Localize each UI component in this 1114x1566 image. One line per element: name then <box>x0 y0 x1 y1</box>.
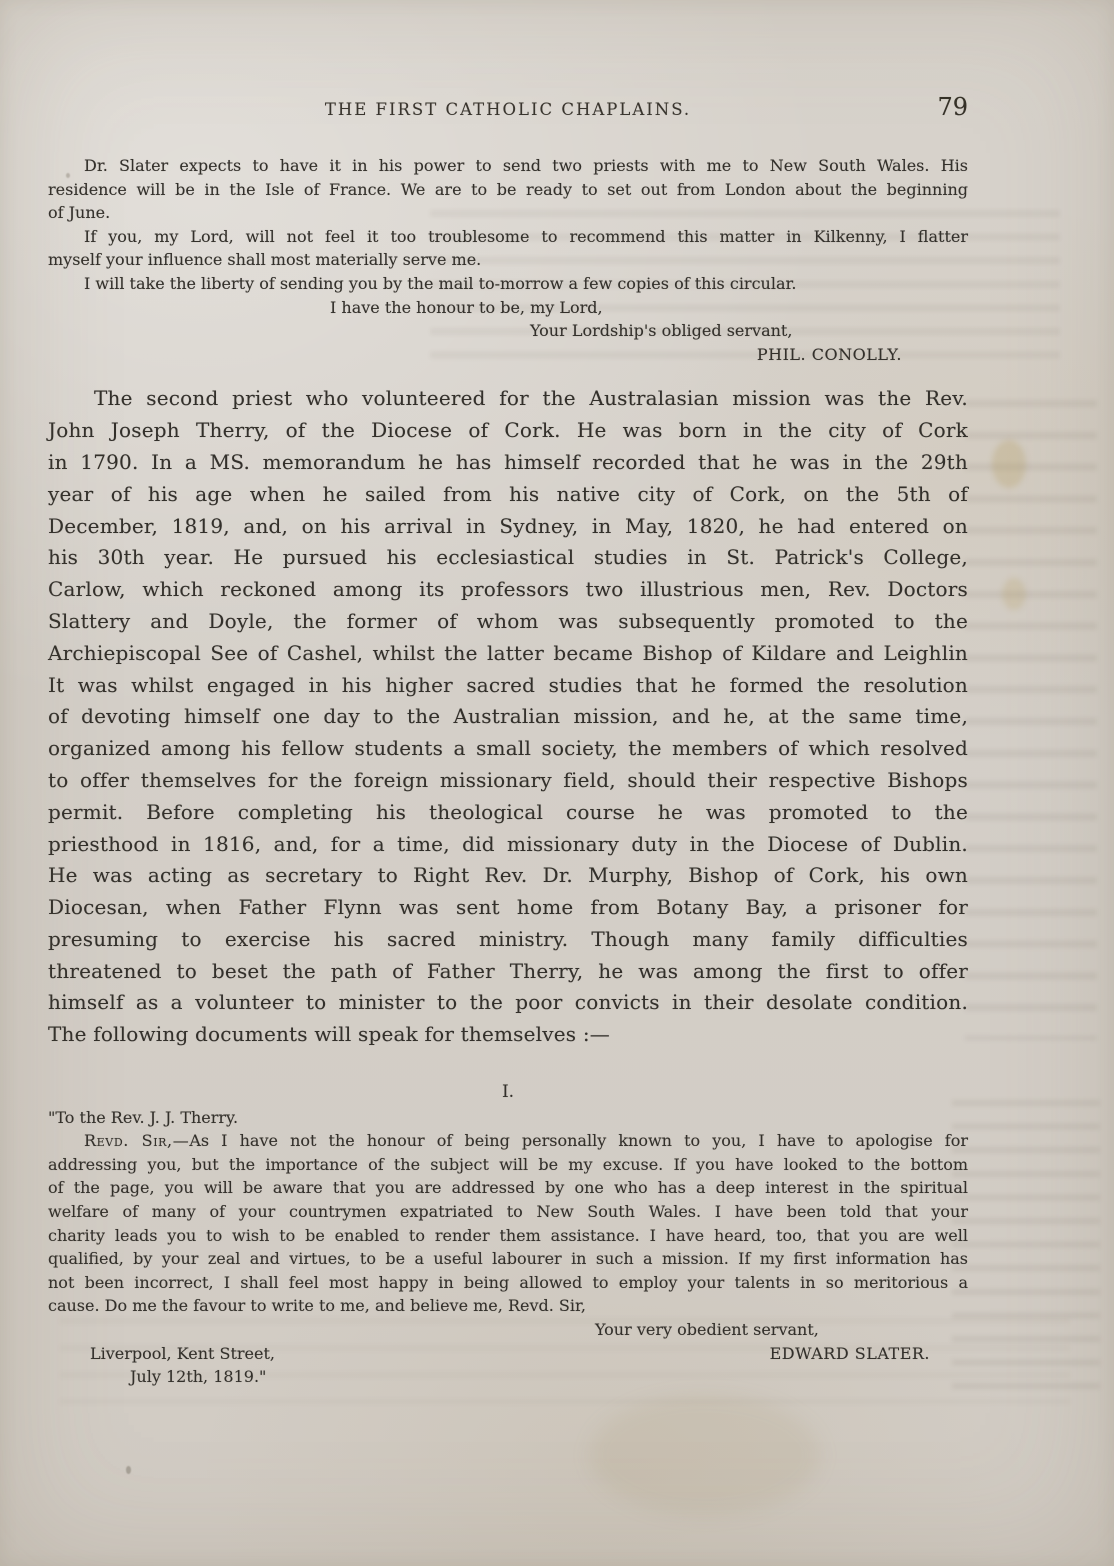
letter-conolly: Dr. Slater expects to have it in his pow… <box>48 154 968 366</box>
text-line: He was acting as secretary to Right Rev.… <box>48 860 968 892</box>
text-line: of June. <box>48 201 968 225</box>
text-line: not been incorrect, I shall feel most ha… <box>48 1271 968 1295</box>
text-line: to offer themselves for the foreign miss… <box>48 765 968 797</box>
text-line: year of his age when he sailed from his … <box>48 479 968 511</box>
text-line: December, 1819, and, on his arrival in S… <box>48 511 968 543</box>
text-line: welfare of many of your countrymen expat… <box>48 1200 968 1224</box>
show-through-text <box>965 400 1097 1040</box>
scanned-book-page: THE FIRST CATHOLIC CHAPLAINS. 79 Dr. Sla… <box>0 0 1114 1566</box>
page-content: THE FIRST CATHOLIC CHAPLAINS. 79 Dr. Sla… <box>48 0 968 1389</box>
section-numeral: I. <box>48 1081 968 1105</box>
text-line: Dr. Slater expects to have it in his pow… <box>48 154 968 178</box>
letter-closing-line: I have the honour to be, my Lord, <box>330 296 968 320</box>
text-line: qualified, by your zeal and virtues, to … <box>48 1247 968 1271</box>
paper-stain <box>1002 578 1026 610</box>
text-line: of devoting himself one day to the Austr… <box>48 701 968 733</box>
text-line: threatened to beset the path of Father T… <box>48 956 968 988</box>
text-line: John Joseph Therry, of the Diocese of Co… <box>48 415 968 447</box>
text-line: himself as a volunteer to minister to th… <box>48 987 968 1019</box>
text-line: Diocesan, when Father Flynn was sent hom… <box>48 892 968 924</box>
text-line: It was whilst engaged in his higher sacr… <box>48 670 968 702</box>
text-line: Slattery and Doyle, the former of whom w… <box>48 606 968 638</box>
letter-paragraph: addressing you, but the importance of th… <box>48 1153 968 1295</box>
text-line: myself your influence shall most materia… <box>48 248 968 272</box>
running-title: THE FIRST CATHOLIC CHAPLAINS. <box>48 100 968 119</box>
letter-place: Liverpool, Kent Street, <box>90 1342 275 1366</box>
text-line: cause. Do me the favour to write to me, … <box>48 1294 968 1318</box>
page-header: THE FIRST CATHOLIC CHAPLAINS. 79 <box>48 100 968 126</box>
salutation-rest: As I have not the honour of being person… <box>189 1131 968 1150</box>
text-line: of the page, you will be aware that you … <box>48 1176 968 1200</box>
text-line: presuming to exercise his sacred ministr… <box>48 924 968 956</box>
text-line: organized among his fellow students a sm… <box>48 733 968 765</box>
text-line: Archiepiscopal See of Cashel, whilst the… <box>48 638 968 670</box>
text-line: The second priest who volunteered for th… <box>48 383 968 415</box>
salutation: Revd. Sir,— <box>84 1131 189 1150</box>
letter-addressee: "To the Rev. J. J. Therry. <box>48 1106 968 1130</box>
text-line: I will take the liberty of sending you b… <box>48 272 968 296</box>
text-line: charity leads you to wish to be enabled … <box>48 1224 968 1248</box>
text-line: his 30th year. He pursued his ecclesiast… <box>48 542 968 574</box>
letter-signature: EDWARD SLATER. <box>770 1342 968 1366</box>
letter-paragraph: If you, my Lord, will not feel it too tr… <box>48 225 968 249</box>
body-paragraph: The second priest who volunteered for th… <box>48 383 968 1051</box>
letter-closing-line: Your very obedient servant, <box>595 1318 968 1342</box>
page-number: 79 <box>937 93 968 121</box>
letter-date: July 12th, 1819." <box>130 1365 968 1389</box>
letter-signature: PHIL. CONOLLY. <box>48 343 968 367</box>
signature-row: Liverpool, Kent Street, EDWARD SLATER. <box>48 1342 968 1366</box>
text-line: If you, my Lord, will not feel it too tr… <box>48 225 968 249</box>
letter-closing-line: Your Lordship's obliged servant, <box>530 319 968 343</box>
paper-stain <box>992 440 1026 488</box>
show-through-text <box>952 1100 1100 1400</box>
text-line: addressing you, but the importance of th… <box>48 1153 968 1177</box>
letter-paragraph: Dr. Slater expects to have it in his pow… <box>48 154 968 201</box>
text-line: Carlow, which reckoned among its profess… <box>48 574 968 606</box>
text-line: Revd. Sir,—As I have not the honour of b… <box>48 1129 968 1153</box>
text-line: priesthood in 1816, and, for a time, did… <box>48 829 968 861</box>
paper-speck <box>126 1466 131 1474</box>
paper-stain <box>590 1395 820 1515</box>
letter-slater: Revd. Sir,—As I have not the honour of b… <box>48 1129 968 1389</box>
text-line: The following documents will speak for t… <box>48 1019 968 1051</box>
text-line: in 1790. In a MS. memorandum he has hims… <box>48 447 968 479</box>
paragraph-lines: The second priest who volunteered for th… <box>48 383 968 1019</box>
text-line: permit. Before completing his theologica… <box>48 797 968 829</box>
text-line: residence will be in the Isle of France.… <box>48 178 968 202</box>
